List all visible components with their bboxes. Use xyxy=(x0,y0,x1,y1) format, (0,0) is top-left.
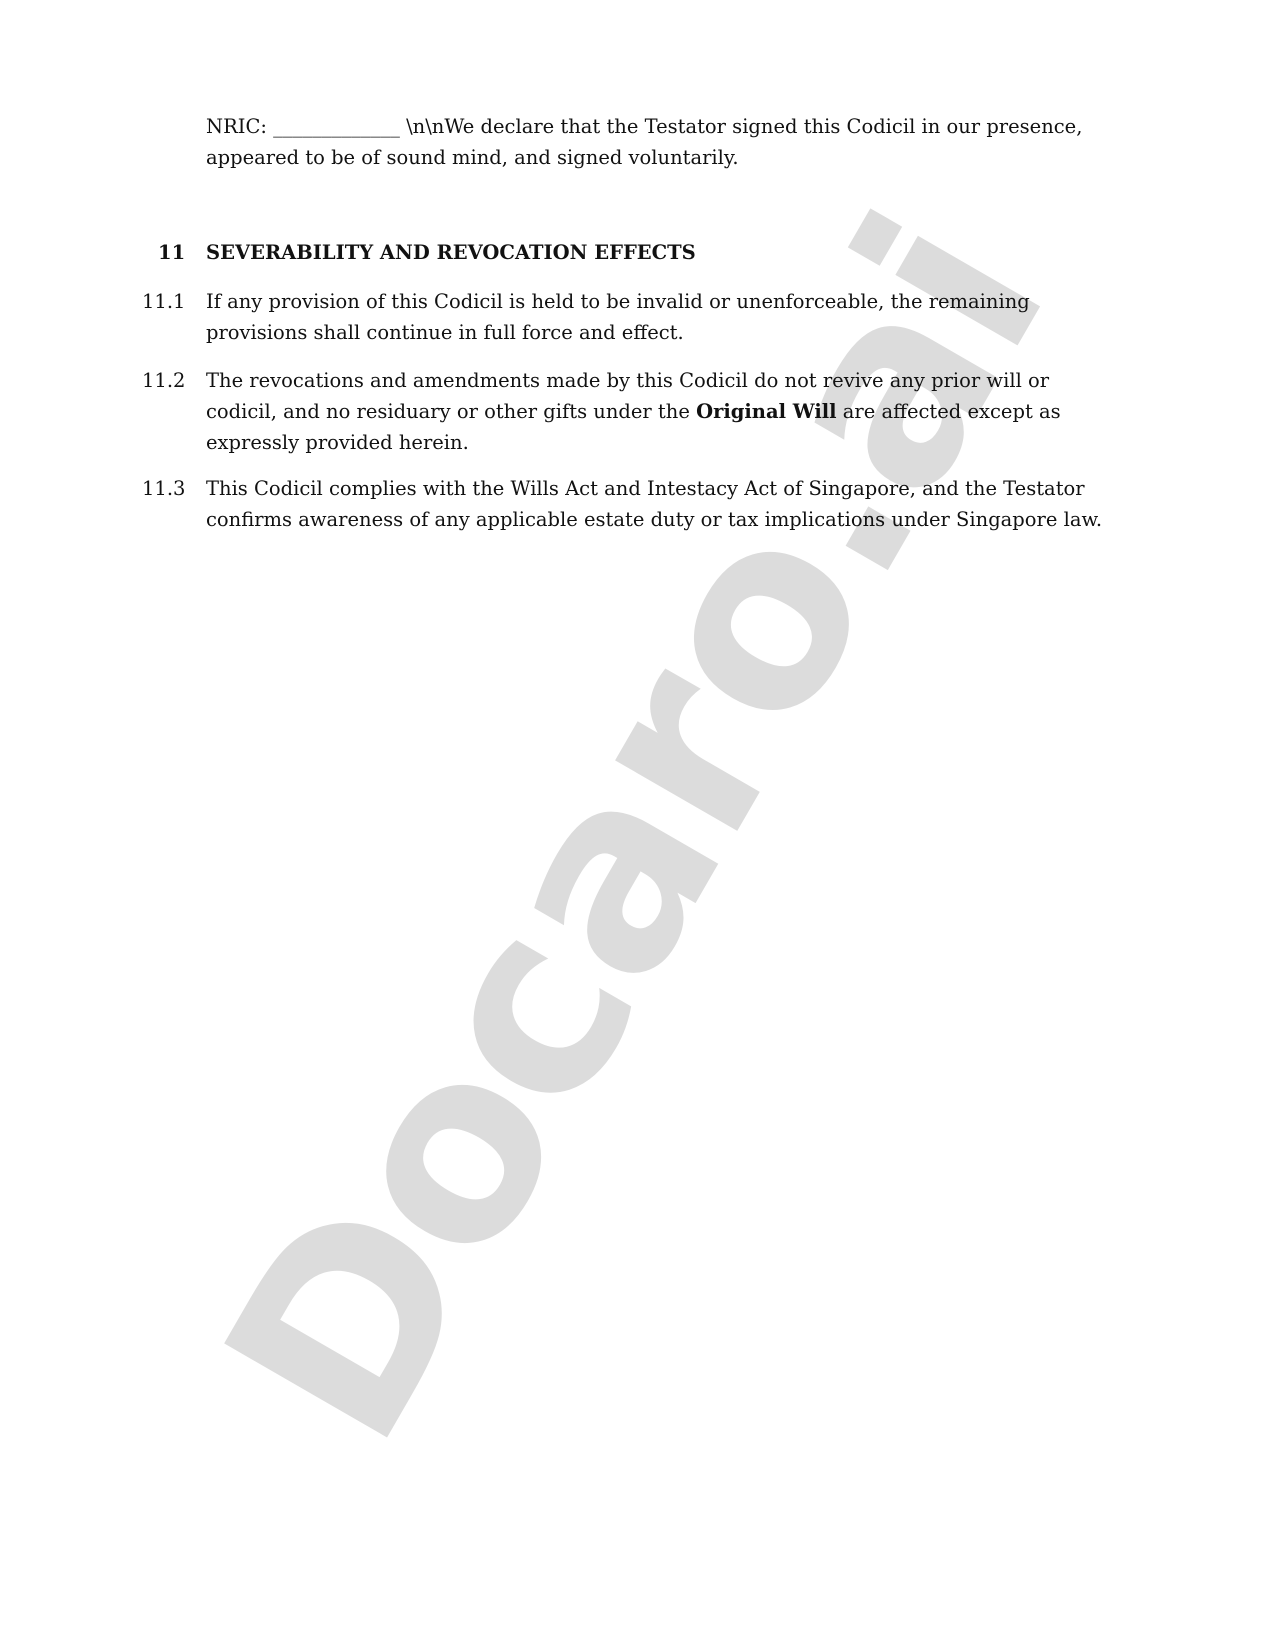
clause-number: 11.1 xyxy=(142,286,185,317)
witness-declaration: NRIC: _____________ \n\nWe declare that … xyxy=(206,111,1126,173)
witness-declaration-line-2: appeared to be of sound mind, and signed… xyxy=(206,142,1126,173)
clause-text: If any provision of this Codicil is held… xyxy=(206,286,1126,348)
clause-text: This Codicil complies with the Wills Act… xyxy=(206,473,1126,535)
witness-declaration-line-1: NRIC: _____________ \n\nWe declare that … xyxy=(206,111,1126,142)
document-page: Docaro.ai NRIC: _____________ \n\nWe dec… xyxy=(0,0,1275,1650)
defined-term-original-will: Original Will xyxy=(696,400,837,423)
section-title: SEVERABILITY AND REVOCATION EFFECTS xyxy=(206,237,696,268)
section-number: 11 xyxy=(158,237,185,268)
clause-text: The revocations and amendments made by t… xyxy=(206,365,1126,458)
clause-number: 11.2 xyxy=(142,365,185,396)
clause-number: 11.3 xyxy=(142,473,185,504)
